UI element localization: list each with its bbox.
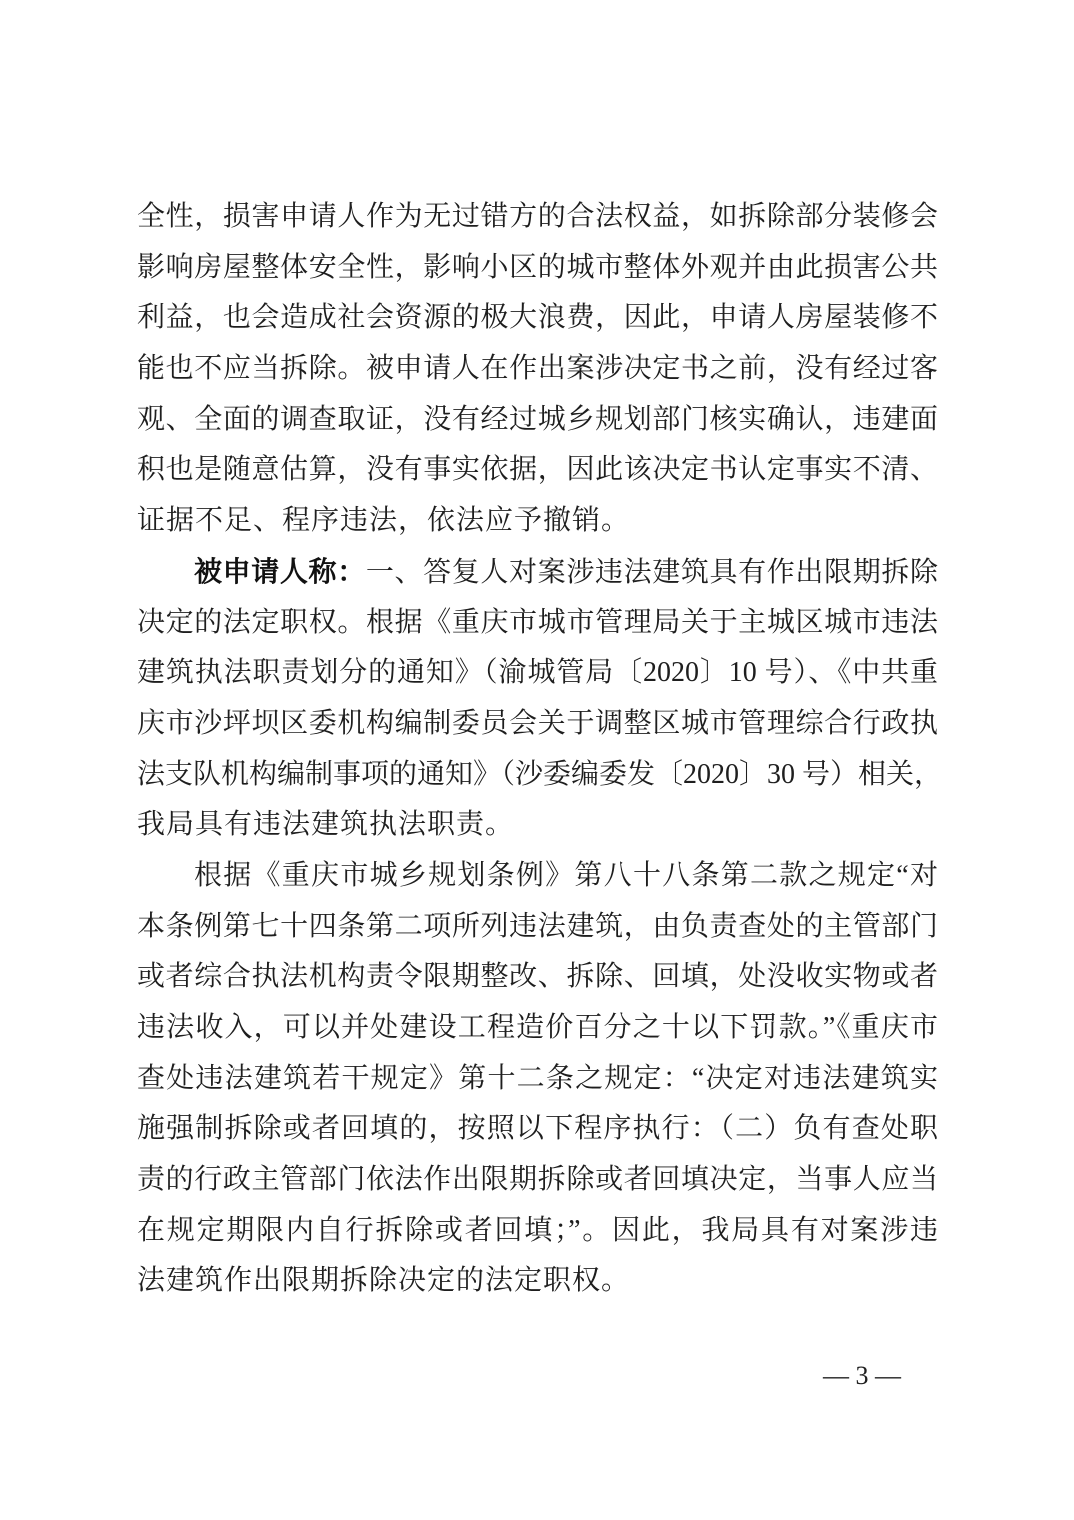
text-line: 能也不应当拆除。被申请人在作出案涉决定书之前，没有经过客 <box>137 344 938 395</box>
document-page: 全性，损害申请人作为无过错方的合法权益，如拆除部分装修会 影响房屋整体安全性，影… <box>0 0 1074 1520</box>
text-line: 违法收入，可以并处建设工程造价百分之十以下罚款。”《重庆市 <box>137 1003 938 1054</box>
text-line: 积也是随意估算，没有事实依据，因此该决定书认定事实不清、 <box>137 445 938 496</box>
text-line: 责的行政主管部门依法作出限期拆除或者回填决定，当事人应当 <box>137 1155 938 1206</box>
text-line-respondent-statement: 被申请人称：一、答复人对案涉违法建筑具有作出限期拆除 <box>137 547 938 598</box>
text-line: 影响房屋整体安全性，影响小区的城市整体外观并由此损害公共 <box>137 243 938 294</box>
text-line: 庆市沙坪坝区委机构编制委员会关于调整区城市管理综合行政执 <box>137 699 938 750</box>
text-line: 决定的法定职权。根据《重庆市城市管理局关于主城区城市违法 <box>137 598 938 649</box>
text-line: 观、全面的调查取证，没有经过城乡规划部门核实确认，违建面 <box>137 395 938 446</box>
text-line: 或者综合执法机构责令限期整改、拆除、回填，处没收实物或者 <box>137 952 938 1003</box>
text-line: 建筑执法职责划分的通知》（渝城管局〔2020〕10 号）、《中共重 <box>137 648 938 699</box>
text-line: 本条例第七十四条第二项所列违法建筑，由负责查处的主管部门 <box>137 902 938 953</box>
text-line: 法支队机构编制事项的通知》（沙委编委发〔2020〕30 号）相关， <box>137 750 938 801</box>
text-line-paragraph-end: 我局具有违法建筑执法职责。 <box>137 800 938 851</box>
text-line: 施强制拆除或者回填的，按照以下程序执行：（二）负有查处职 <box>137 1104 938 1155</box>
text-line: 全性，损害申请人作为无过错方的合法权益，如拆除部分装修会 <box>137 192 938 243</box>
text-line-paragraph-end: 证据不足、程序违法，依法应予撤销。 <box>137 496 938 547</box>
text-line-paragraph-end: 法建筑作出限期拆除决定的法定职权。 <box>137 1256 938 1307</box>
body-text: 全性，损害申请人作为无过错方的合法权益，如拆除部分装修会 影响房屋整体安全性，影… <box>137 192 938 1307</box>
respondent-label: 被申请人称： <box>194 556 366 587</box>
text-line: 在规定期限内自行拆除或者回填；”。因此，我局具有对案涉违 <box>137 1206 938 1257</box>
text-line: 查处违法建筑若干规定》第十二条之规定：“决定对违法建筑实 <box>137 1054 938 1105</box>
text-line: 利益，也会造成社会资源的极大浪费，因此，申请人房屋装修不 <box>137 293 938 344</box>
page-number: — 3 — <box>812 1356 912 1396</box>
text-line-continuation: 一、答复人对案涉违法建筑具有作出限期拆除 <box>366 557 938 588</box>
text-line-paragraph-start: 根据《重庆市城乡规划条例》第八十八条第二款之规定“对 <box>137 851 938 902</box>
